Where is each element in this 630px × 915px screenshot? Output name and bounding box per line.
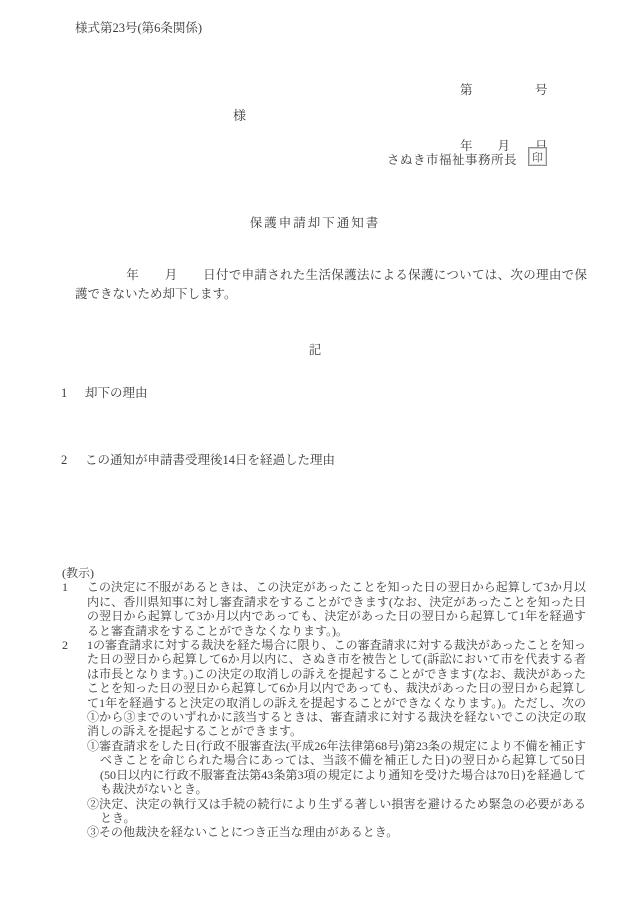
body-paragraph: 年 月 日付で申請された生活保護法による保護については、次の理由で保護できないた… [75,266,587,304]
appeal-instruction-item: 2 1の審査請求に対する裁決を経た場合に限り、この審査請求に対する裁決があったこ… [62,638,586,739]
item-text: この決定に不服があるときは、この決定があったことを知った日の翌日から起算して3か… [87,580,586,637]
seal-placeholder-box: 印 [528,147,547,166]
document-number-date-block: 第 号 年 月 日 [460,44,548,192]
item-number: 1 [61,384,85,402]
seal-character: 印 [532,149,543,165]
sender-title: さぬき市福祉事務所長 [387,150,517,168]
addressee-honorific: 様 [233,105,246,124]
appeal-sub-item-3: ③その他裁決を経ないことにつき正当な理由があるとき。 [87,825,586,839]
appeal-sub-item-2: ②決定、決定の執行又は手続の続行により生ずる著しい損害を避けるため緊急の必要があ… [87,797,586,826]
appeal-instructions-header: (教示) [62,566,586,580]
item-label: この通知が申請書受理後14日を経過した理由 [85,453,335,467]
item-text: 1の審査請求に対する裁決を経た場合に限り、この審査請求に対する裁決があったことを… [87,638,586,738]
notice-document-page: 様式第23号(第6条関係) 第 号 年 月 日 様 さぬき市福祉事務所長 印 保… [0,0,630,915]
appeal-sub-item-1: ①審査請求をした日(行政不服審査法(平成26年法律第68号)第23条の規定により… [87,739,586,797]
ki-separator: 記 [0,340,630,358]
item-number: 2 [62,638,68,652]
appeal-instructions-section: (教示) 1 この決定に不服があるときは、この決定があったことを知った日の翌日か… [62,566,586,840]
document-title: 保護申請却下通知書 [0,213,630,231]
item-number: 1 [62,580,68,594]
item-label: 却下の理由 [85,386,148,400]
reason-item: 1却下の理由 [61,384,587,402]
document-number-line: 第 号 [460,81,548,100]
appeal-instruction-item: 1 この決定に不服があるときは、この決定があったことを知った日の翌日から起算して… [62,580,586,638]
form-number: 様式第23号(第6条関係) [75,21,202,36]
delay-reason-item: 2この通知が申請書受理後14日を経過した理由 [61,451,587,469]
item-number: 2 [61,451,85,469]
